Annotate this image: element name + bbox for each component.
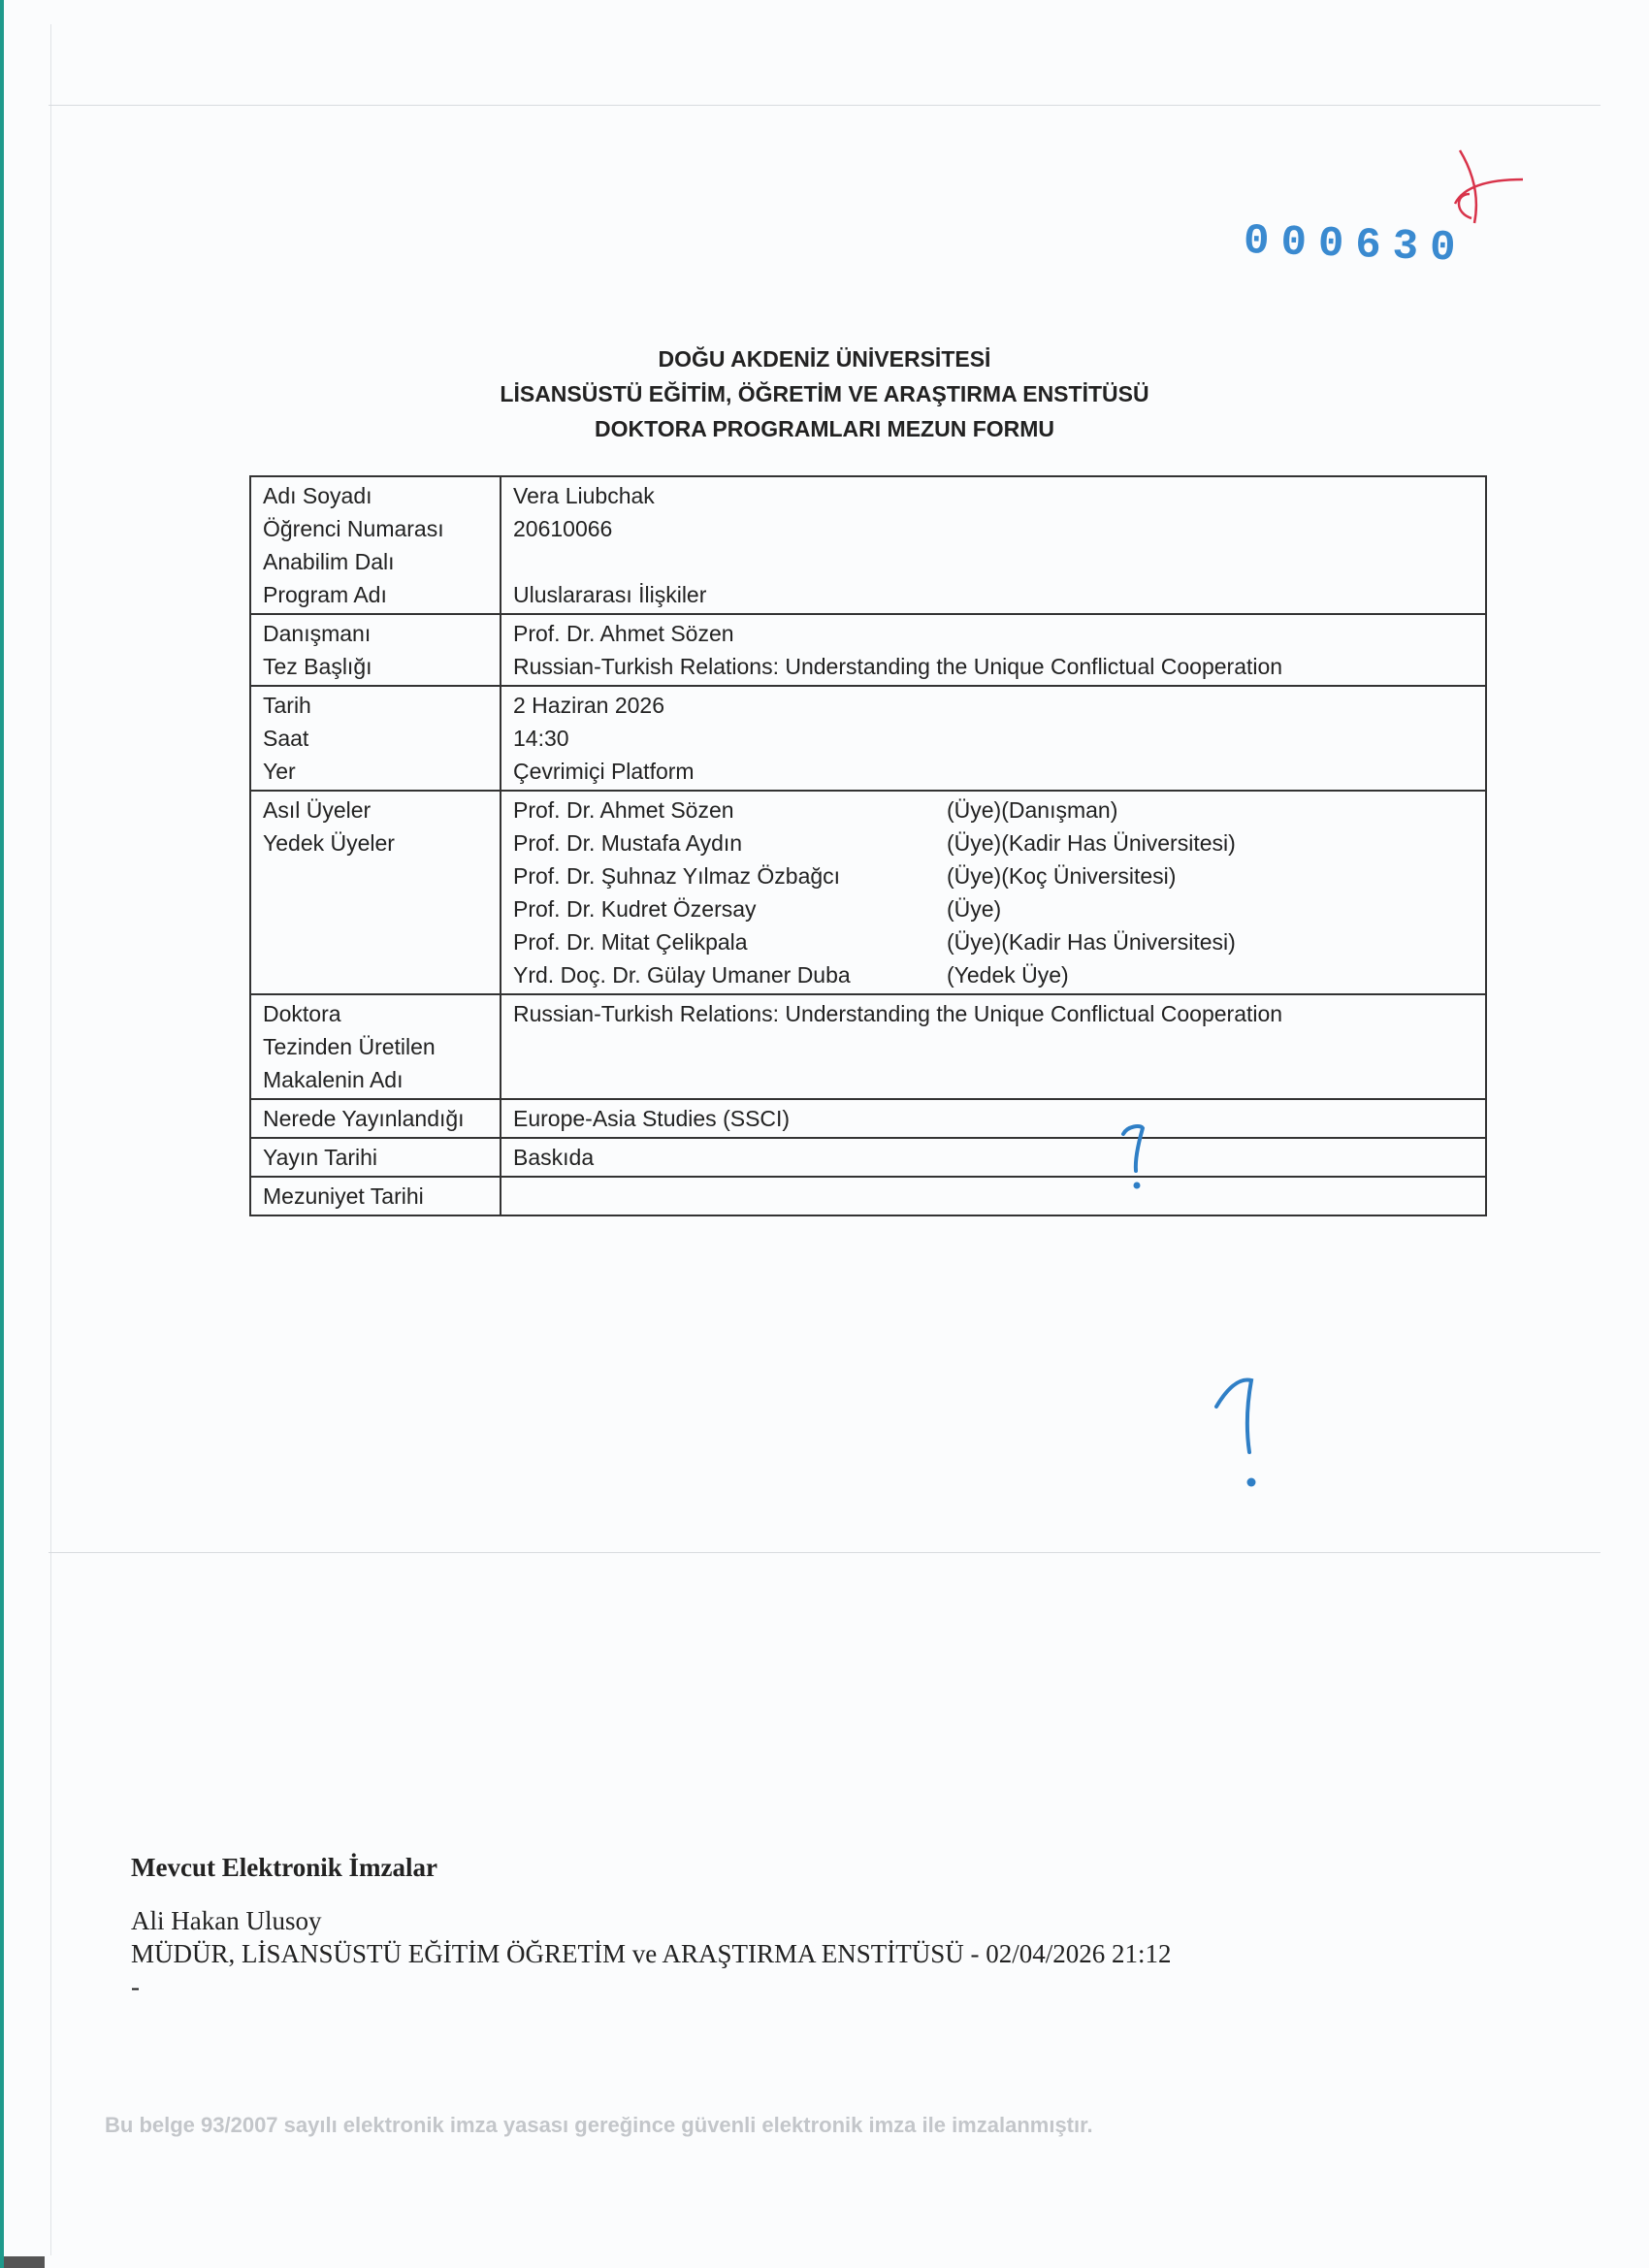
fold-line (48, 105, 1600, 106)
member-role: (Üye)(Kadir Has Üniversitesi) (947, 826, 1236, 859)
signer-name: Ali Hakan Ulusoy (131, 1904, 1172, 1937)
form-title: DOKTORA PROGRAMLARI MEZUN FORMU (0, 411, 1649, 446)
member-name: Prof. Dr. Şuhnaz Yılmaz Özbağcı (513, 859, 947, 892)
signature-trailing: - (131, 1970, 1172, 2003)
label-article-3: Makalenin Adı (263, 1063, 488, 1096)
label-publication-date: Yayın Tarihi (263, 1141, 488, 1174)
label-date: Tarih (263, 689, 488, 722)
label-published-where: Nerede Yayınlandığı (263, 1102, 488, 1135)
defense-date: 2 Haziran 2026 (513, 689, 1473, 722)
label-student-number: Öğrenci Numarası (263, 512, 488, 545)
label-substitute-members: Yedek Üyeler (263, 826, 488, 859)
signer-role: MÜDÜR, LİSANSÜSTÜ EĞİTİM ÖĞRETİM ve ARAŞ… (131, 1937, 1172, 1970)
legal-footer: Bu belge 93/2007 sayılı elektronik imza … (105, 2113, 1093, 2138)
institute-name: LİSANSÜSTÜ EĞİTİM, ÖĞRETİM VE ARAŞTIRMA … (0, 376, 1649, 411)
label-program: Program Adı (263, 578, 488, 611)
scan-edge (0, 0, 4, 2268)
student-info-row: Adı Soyadı Öğrenci Numarası Anabilim Dal… (250, 476, 1486, 614)
publication-date-row: Yayın Tarihi Baskıda (250, 1138, 1486, 1177)
label-article-1: Doktora (263, 997, 488, 1030)
document-number-stamp: 000630 (1243, 217, 1468, 274)
label-time: Saat (263, 722, 488, 755)
label-advisor: Danışmanı (263, 617, 488, 650)
committee-member: Prof. Dr. Şuhnaz Yılmaz Özbağcı(Üye)(Koç… (513, 859, 1473, 892)
member-role: (Üye)(Kadir Has Üniversitesi) (947, 925, 1236, 958)
journal-name: Europe-Asia Studies (SSCI) (513, 1102, 1473, 1135)
university-name: DOĞU AKDENİZ ÜNİVERSİTESİ (0, 341, 1649, 376)
thesis-title: Russian-Turkish Relations: Understanding… (513, 650, 1473, 683)
member-name: Prof. Dr. Ahmet Sözen (513, 794, 947, 826)
program-name: Uluslararası İlişkiler (513, 578, 1473, 611)
student-name: Vera Liubchak (513, 479, 1473, 512)
article-title: Russian-Turkish Relations: Understanding… (513, 997, 1473, 1030)
label-thesis-title: Tez Başlığı (263, 650, 488, 683)
publication-date: Baskıda (513, 1141, 1473, 1174)
fold-line (48, 1552, 1600, 1553)
defense-place: Çevrimiçi Platform (513, 755, 1473, 788)
graduation-date (513, 1180, 1473, 1213)
member-role: (Yedek Üye) (947, 958, 1069, 991)
member-name: Prof. Dr. Kudret Özersay (513, 892, 947, 925)
member-role: (Üye)(Koç Üniversitesi) (947, 859, 1176, 892)
advisor-name: Prof. Dr. Ahmet Sözen (513, 617, 1473, 650)
committee-member: Prof. Dr. Mustafa Aydın(Üye)(Kadir Has Ü… (513, 826, 1473, 859)
label-graduation-date: Mezuniyet Tarihi (263, 1180, 488, 1213)
member-name: Prof. Dr. Mitat Çelikpala (513, 925, 947, 958)
electronic-signatures: Mevcut Elektronik İmzalar Ali Hakan Ulus… (131, 1853, 1172, 2003)
department (513, 545, 1473, 578)
signatures-title: Mevcut Elektronik İmzalar (131, 1853, 1172, 1883)
committee-row: Asıl Üyeler Yedek Üyeler Prof. Dr. Ahmet… (250, 791, 1486, 994)
red-check-mark-icon (1450, 146, 1528, 233)
label-place: Yer (263, 755, 488, 788)
document-header: DOĞU AKDENİZ ÜNİVERSİTESİ LİSANSÜSTÜ EĞİ… (0, 341, 1649, 446)
scan-corner (4, 2256, 45, 2268)
graduation-date-row: Mezuniyet Tarihi (250, 1177, 1486, 1215)
handwritten-question-mark-icon (1115, 1120, 1154, 1193)
graduate-form-table: Adı Soyadı Öğrenci Numarası Anabilim Dal… (249, 475, 1487, 1216)
label-main-members: Asıl Üyeler (263, 794, 488, 826)
student-number: 20610066 (513, 512, 1473, 545)
advisor-row: Danışmanı Tez Başlığı Prof. Dr. Ahmet Sö… (250, 614, 1486, 686)
label-name: Adı Soyadı (263, 479, 488, 512)
committee-member: Yrd. Doç. Dr. Gülay Umaner Duba(Yedek Üy… (513, 958, 1473, 991)
member-name: Yrd. Doç. Dr. Gülay Umaner Duba (513, 958, 947, 991)
committee-member: Prof. Dr. Kudret Özersay(Üye) (513, 892, 1473, 925)
committee-member: Prof. Dr. Mitat Çelikpala(Üye)(Kadir Has… (513, 925, 1473, 958)
member-role: (Üye) (947, 892, 1001, 925)
label-department: Anabilim Dalı (263, 545, 488, 578)
member-role: (Üye)(Danışman) (947, 794, 1117, 826)
scan-specks (136, 49, 252, 107)
label-article-2: Tezinden Üretilen (263, 1030, 488, 1063)
defense-row: Tarih Saat Yer 2 Haziran 2026 14:30 Çevr… (250, 686, 1486, 791)
defense-time: 14:30 (513, 722, 1473, 755)
article-row: Doktora Tezinden Üretilen Makalenin Adı … (250, 994, 1486, 1099)
handwritten-question-mark-icon (1211, 1373, 1269, 1499)
member-name: Prof. Dr. Mustafa Aydın (513, 826, 947, 859)
committee-member: Prof. Dr. Ahmet Sözen(Üye)(Danışman) (513, 794, 1473, 826)
published-where-row: Nerede Yayınlandığı Europe-Asia Studies … (250, 1099, 1486, 1138)
